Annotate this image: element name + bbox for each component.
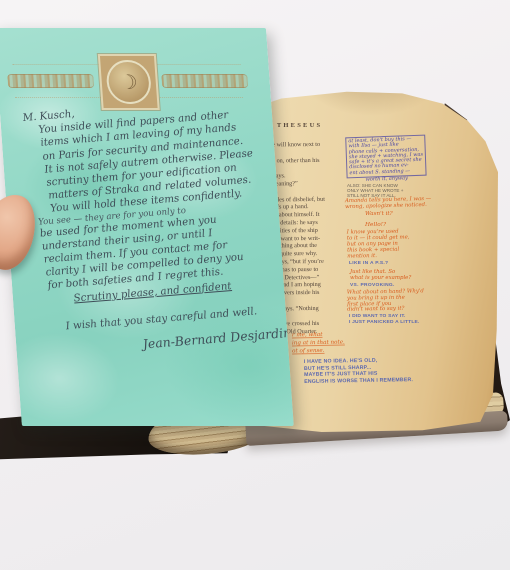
margin-note-orange-2: I know you're usedto it — it could get m… [347,229,410,260]
margin-note-caps-no-idea: I HAVE NO IDEA. HE'S OLD,BUT HE'S STILL … [304,357,413,385]
letter-handwriting: M. Kusch, You inside will find papers an… [22,93,294,357]
teal-letter: ☽ M. Kusch, You inside will find papers … [0,28,294,426]
margin-note-orange-question: Wasn't it? [365,211,393,217]
margin-note-orange-fragments: r me, whating at in that note.ot of sens… [292,331,345,356]
margin-note-orange-hello: Hello!? [365,222,386,228]
margin-note-blue: at least, don't buy this —with Ilsa — ju… [345,135,427,184]
margin-note-caps-vs: VS. PROVOKING. [350,283,395,288]
margin-note-orange-4: What about on hand? Why'dyou bring it up… [347,289,424,314]
letter-paragraph-1: You inside will find papers and otherite… [24,106,278,217]
margin-note-orange-1: Amanda tells you here, I was —wrong, apo… [345,196,432,210]
margin-note-orange-3: Just like that. Sowhat is your example? [350,269,411,281]
margin-note-caps-panicked: I DID WANT TO SAY IT.I JUST PANICKED A L… [349,314,420,326]
moon-emblem-icon: ☽ [105,60,152,104]
ornament-bar-right [161,74,248,88]
ornament-bar-left [7,74,94,88]
margin-note-caps-ps: LIKE IN A P.S.? [349,261,388,266]
